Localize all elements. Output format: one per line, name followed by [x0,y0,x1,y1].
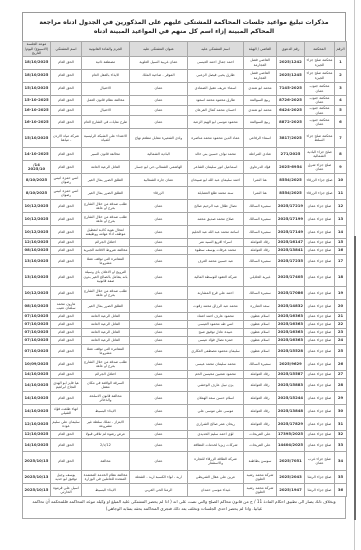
row-number: 27 [335,371,347,379]
row-number: 30 [335,405,347,418]
court-name: محكمة جنوب عمان [305,82,335,95]
charge: طلب صدقة من خلال الشارع بعرج او عاهة [82,287,130,300]
defendant-address: عمان [130,329,188,337]
defendant-name: اسامة محمد عبد الله عبد الحليم [188,226,244,239]
judge-name: ربيع السوالمة [244,116,277,129]
defendant-name: محمد نواف حسين بني خالد [188,148,244,161]
court-name: صلح جزاء عمان [305,371,335,379]
defendant-address: عمان [130,287,188,300]
plaintiff-name: انهاء طلعت فؤاد الشيلي [51,405,82,418]
court-name: صلح جزاء عمان [305,345,335,358]
table-row: 24صلح جزاء عمان2025/16363اسلام عطونحمزة … [23,337,347,345]
defendant-name: محمد عبد الرزاق محمد زقوت [188,300,244,313]
court-name: صلح جزاء الزرقاء [305,187,335,200]
case-number: 2025/16363 [277,337,305,345]
hearing-date: 14/10/2025 [23,405,51,418]
judge-name: شركة محمد رشيد العلوي [244,471,277,484]
plaintiff-name: هارون محمد سلمان عتيب [51,300,82,313]
case-number: 8726-2025 [277,95,305,105]
col-header-no: الرقم [335,42,347,57]
judge-name: شادي المراعلة [244,148,277,161]
case-number: 8554/2025 [277,187,305,200]
row-number: 33 [335,439,347,452]
col-header-address: عنوان المشتكى عليه [130,42,188,57]
judge-name: سميرة السالك [244,287,277,300]
defendant-name: عبيدة عادل توفيق صبح [188,329,244,337]
case-number: 3817/2025 [277,129,305,148]
defendant-name: يزن نبيل عارف الوحشي [188,379,244,392]
judge-name: علي القريحات [244,439,277,452]
court-name: صلح جزاء عمان [305,337,335,345]
case-number: 2025/2043 [277,471,305,484]
charge: مخالفة شروط الاقامة الجبرية [82,247,130,255]
defendant-name: غيداء موسى حمدان [188,484,244,497]
court-name: صلح جزاء عمان [305,418,335,431]
plaintiff-name: الحق العام [51,69,82,82]
case-number: 2025/7051 [277,452,305,471]
table-row: 13صلح جزاء عمان2025/17199سميرة السالكصلا… [23,213,347,226]
charge: مخالفة نظام الخدمة المعتمدة المتحدة للعا… [82,471,130,484]
table-row: 34صلح جزاء غرب عمان2025/7051سوسن بطاطنةش… [23,452,347,471]
hearing-date: 10/12/2025 [23,213,51,226]
plaintiff-name: الحق العام [51,148,82,161]
row-number: 35 [335,471,347,484]
table-row: 18صلح جزاء عمان2025/17405غيرية الخلايليش… [23,268,347,287]
charge: المقامرة التي توقف عملا مشروعا [82,345,130,358]
table-row: 21صلح جزاء عمان2025/16363اسلام عطونمحمود… [23,313,347,321]
charge: الاحتيال [82,82,130,95]
defendant-name: محمود شعبين محيسن الحم [188,371,244,379]
case-number: 14404/2025 [277,439,305,452]
plaintiff-name: الحق العام [51,313,82,321]
case-number: 2025/1947 [277,484,305,497]
plaintiff-name: هيا فايز ابو الهدى النجاج ابراهيم [51,379,82,392]
defendant-name: احمد سليمان عبد الله ابو صبيحان [188,174,244,187]
charge: الاعتداء على الشبكة الرئيسية للمياه [82,129,130,148]
hearing-date: 16-10-2025 [23,116,51,129]
court-name: صلح جزاء عمان [305,247,335,255]
defendant-address: عمان [130,418,188,431]
plaintiff-name: الحق العام [51,452,82,471]
hearing-date: 07/10/2025 [23,337,51,345]
judge-name: شركة محمد رشيد العلوي [244,484,277,497]
table-row: 36صلح جزاء الرمثا2025/1947شركة محمد رشيد… [23,484,347,497]
charge: الايذاء البسيط [82,484,130,497]
row-number: 3 [335,82,347,95]
row-number: 11 [335,187,347,200]
charge: الطلق الضرر بمال الغير [82,174,130,187]
court-name: صلح جزاء عمان [305,226,335,239]
charge: اختلاق الجرائم [82,371,130,379]
case-number: 2025/17405 [277,268,305,287]
defendant-name: انس طه محمود العيسى [188,321,244,329]
plaintiff-name: اسيل علي قرموة الحارثي [51,484,82,497]
table-row: 11صلح جزاء الزرقاء8554/2025هنا النمراسند… [23,187,347,200]
hearing-date: 2025/10/15 [23,484,51,497]
judge-name: رقاد العواملة [244,379,277,392]
hearing-date: 15-10-2025 [23,95,51,105]
defendant-name: احمد علي قرع المشارنة [188,287,244,300]
row-number: 6 [335,116,347,129]
table-row: 4محكمة جنوب عمان8726-2025ربيع السوالمةطا… [23,95,347,105]
table-row: 28صلح جزاء عمان2025/15883رقاد العواملةيز… [23,379,347,392]
court-name: صلح جزاء عمان [305,431,335,439]
case-number: 2025/13841 [277,247,305,255]
case-number: 7145-2025 [277,82,305,95]
table-row: 2محكمة صلح جزاء الجيزة2025/1245القاضي فض… [23,69,347,82]
plaintiff-name: الحق العام [51,213,82,226]
table-row: 3محكمة جنوب عمان7145-2025محمد ابو شندياس… [23,82,347,95]
row-number: 9 [335,161,347,174]
row-number: 34 [335,452,347,471]
charge: اختلاق الجرائم [82,239,130,247]
defendant-address: عمان [130,452,188,471]
hearing-date: 10/12/2025 [23,200,51,213]
hearing-date: 14-10-2025 [23,148,51,161]
defendant-name: عماد الدين محمود محمد مناصرة [188,129,244,148]
defendant-address: الزرقاء [130,187,188,200]
hearing-date: 14/10/2025 [23,379,51,392]
charge: القاتل الرعية العامة [82,329,130,337]
case-number: 2025/13848 [277,405,305,418]
row-number: 17 [335,255,347,268]
table-header-row: الرقم المحكمة رقم الدعوى القاضي / الهيئة… [23,42,347,57]
hearing-date: 2025/10/15 [23,452,51,471]
defendant-name: اسماء عريف عقيل الصمادي [188,82,244,95]
scrollbar-thumb[interactable] [354,236,356,520]
hearing-date: 08/10/2025 [23,247,51,255]
defendant-address: وادي الشعيرة مقابل مطعم نهاج [130,129,188,148]
row-number: 23 [335,329,347,337]
charge: السرقة الواقعة في مكان مقفل [82,379,130,392]
plaintiff-name: انس حمزة انيس رضوان [51,174,82,187]
row-number: 15 [335,239,347,247]
judge-name: القاضي فضل العجارمة [244,69,277,82]
judge-name: هنا النمرا [244,174,277,187]
table-row: 26صلح جزاء عمان2025/9629سميرة السالكمحمد… [23,358,347,371]
col-header-charge: الجرم والمادة القانونية [82,42,130,57]
plaintiff-name: الحق العام [51,161,82,174]
judge-name: رقاد العواملة [244,392,277,405]
case-number: 2025/15883 [277,379,305,392]
defendant-address: الرمثا الحي الغربي [130,484,188,497]
defendant-address: عمان [130,213,188,226]
court-name: صلح جزاء البادية الشمالية [305,148,335,161]
defendant-name: شركة الطاقة الزرقاء للتجارة والاستثمار [188,452,244,471]
hearings-table: الرقم المحكمة رقم الدعوى القاضي / الهيئة… [22,41,347,497]
row-number: 31 [335,418,347,431]
defendant-name: سليمان محمود مصطفى العكاري [188,345,244,358]
row-number: 20 [335,300,347,313]
charge: مخالفة قانون الاسلحة والذخائر [82,392,130,405]
charge: طرح نفايات في الشارع العام [82,116,130,129]
plaintiff-name: الحق العام [51,431,82,439]
judge-name: رقاد العواملة [244,405,277,418]
table-row: 35صلح جزاء الرمثا2025/2043شركة محمد رشيد… [23,471,347,484]
defendant-address: عمان [130,226,188,239]
defendant-address: عمان [130,392,188,405]
document-title: مذكرات تبليغ مواعيد جلسات المحاكمة للمشت… [22,12,346,41]
case-number: 2025/17149 [277,226,305,239]
row-number: 32 [335,431,347,439]
defendant-name: شركة العقود للوسطة المالية [188,268,244,287]
plaintiff-name: الحق العام [51,95,82,105]
defendant-address: عمان غربية السيل العلوية [130,56,188,69]
defendant-address: الموقر - ضاحية الملك [130,69,188,82]
case-number: 2025/16363 [277,313,305,321]
defendant-name: محمد سليمان محمد عيسى [188,358,244,371]
defendant-address: عمان [130,300,188,313]
defendant-address: عمان [130,379,188,392]
case-number: 2025/1242 [277,56,305,69]
row-number: 14 [335,226,347,239]
defendant-address: عمان [130,200,188,213]
judge-name: محمد ابو شندي [244,82,277,95]
plaintiff-name: الحق العام [51,268,82,287]
hearing-date: 12/10/2025 [23,239,51,247]
case-number: 2025/15244 [277,392,305,405]
legal-footnote: وبخلاف ذلك يصار الى تطبيق احكام المادة 1… [22,497,346,519]
table-row: 31صلح جزاء عمان2025/17829رقاد العواملةري… [23,418,347,431]
defendant-address: اربد - لواء الكسبة اربد - الشعلة [130,471,188,484]
court-name: صلح جزاء الرمثا [305,484,335,497]
defendant-name: صلاح محمد صديق محمد [188,213,244,226]
plaintiff-name: يوسف وجيل توفيق ابو حديد [51,471,82,484]
plaintiff-name: الحق العام [51,329,82,337]
hearing-date: 16-10-2025 [23,105,51,115]
charge: طلب صدقة من خلال الشارع بعرج او عاهة [82,200,130,213]
row-number: 1 [335,56,347,69]
table-row: 16صلح جزاء عمان2025/13841رقاد العواملةمح… [23,247,347,255]
hearing-date: 14/10/2025 [23,392,51,405]
plaintiff-name: الحق العام [51,105,82,115]
defendant-name: محمد عرفات يوسف سطوة [188,247,244,255]
charge: الايذاء البسيط [82,405,130,418]
row-number: 19 [335,287,347,300]
plaintiff-name: شركة مياه الاردن - مياهنا [51,129,82,148]
defendant-name: حمزة نضال فؤاد عيسى [188,337,244,345]
defendant-name: لؤي احمد سليم الحديدي [188,431,244,439]
table-row: 9صلح جزاء شرق عمان2025-6954فؤاد الدرعاوي… [23,161,347,174]
case-number: 8872-2025 [277,116,305,129]
charge: القاتل الرعية العامة [82,321,130,329]
hearing-date: 18/10/2025 [23,69,51,82]
plaintiff-name: الحق العام [51,439,82,452]
charge: الطلق الضرر بمال الغير [82,300,130,313]
hearing-date: 8/10/2025 [23,187,51,200]
defendant-address: عمان [130,345,188,358]
row-number: 36 [335,484,347,497]
charge: الطلق الضرر بمال الغير [82,187,130,200]
court-name: صلح جزاء عمان [305,268,335,287]
judge-name: سميرة السالك [244,213,277,226]
case-number: 2025/16363 [277,321,305,329]
hearing-date: 07/10/2025 [23,329,51,337]
plaintiff-name: الحق العام [51,358,82,371]
defendant-address: عمان [130,116,188,129]
case-number: 8554/2025 [277,174,305,187]
charge: عرض رشوة لم تلاقي قبولا [82,431,130,439]
case-number: 2025/16363 [277,329,305,337]
defendant-address: عمان [130,337,188,345]
plaintiff-name: الحق العام [51,82,82,95]
table-row: 14صلح جزاء عمان2025/17149سميرة السالكاسا… [23,226,347,239]
hearing-date: 10/12/2025 [23,226,51,239]
row-number: 2 [335,69,347,82]
charge: مصطفة ذاتية [82,56,130,69]
hearing-date: 13/10/2025 [23,255,51,268]
plaintiff-name: الحق العام [51,345,82,358]
court-name: محكمة جنوب عمان [305,116,335,129]
court-name: صلح جزاء عمان [305,200,335,213]
judge-name: رقاد العواملة [244,418,277,431]
defendant-address: عمان [130,105,188,115]
defendant-name: اسماعيل انور سليمان الشاعر [188,161,244,174]
court-name: محكمة جنوب عمان [305,95,335,105]
hearing-date: 14/10/2025 [23,439,51,452]
judge-name: سميرة السالك [244,358,277,371]
plaintiff-name: الحق العام [51,255,82,268]
judge-name: محمد ابو شندي [244,105,277,115]
court-name: صلح جزاء عمان [305,439,335,452]
plaintiff-name: الحق العام [51,56,82,69]
row-number: 28 [335,379,347,392]
table-row: 6محكمة جنوب عمان8872-2025ربيع السوالمةمح… [23,116,347,129]
case-number: 2025/1245 [277,69,305,82]
court-name: صلح جزاء عمان [305,379,335,392]
plaintiff-name: الحق العام [51,200,82,213]
row-number: 26 [335,358,347,371]
judge-name: رقاد العواملة [244,239,277,247]
court-name: صلح جزاء عمان [305,255,335,268]
hearing-date: 15/10/2025 [23,82,51,95]
table-row: 7محكمة صلح جزاء السلط3817/2025اسماء الرف… [23,129,347,148]
row-number: 13 [335,213,347,226]
charge: طلب صدقة من خلال الشارع بعرج او عاهة [82,358,130,371]
defendant-address: عمان [130,358,188,371]
defendant-name: شركات زيزيا لخدمات النظافة [188,439,244,452]
row-number: 12 [335,200,347,213]
charge: انتحال هوية كاذبة لتعطيل موظف اداء مهامه… [82,226,130,239]
hearing-date: 12/10/2025 [23,431,51,439]
row-number: 4 [335,95,347,105]
charge: الاحتيال [82,105,130,115]
judge-name: اسلام عطون [244,313,277,321]
charge: القاتل الرعية العامة [82,313,130,321]
defendant-address: عمان [130,313,188,321]
plaintiff-name: الحق العام [51,247,82,255]
hearing-date: 18/10/2025 [23,56,51,69]
row-number: 7 [335,129,347,148]
col-header-plaintiff: اسم المشتكي [51,42,82,57]
case-number: 2025/15528 [277,345,305,358]
hearing-date: 10/12/2025 [23,287,51,300]
judge-name: غيرية الخلايلي [244,268,277,287]
judge-name: سميرة السالك [244,200,277,213]
court-name: صلح جزاء عمان [305,287,335,300]
defendant-name: محمود عارف احمد اشتاد [188,313,244,321]
defendant-name: محمود موسى ابو الهيم الزعبة [188,116,244,129]
hearing-date: 10/09/2025 [23,358,51,371]
judge-name: هنا النمرا [244,187,277,200]
defendant-name: اسراء اقريع السيد نمر [188,239,244,247]
plaintiff-name: الحق العام [51,287,82,300]
judge-name: اسلام عطون [244,345,277,358]
row-number: 10 [335,174,347,187]
row-number: 16 [335,247,347,255]
row-number: 21 [335,313,347,321]
plaintiff-name: الحق العام [51,371,82,379]
table-row: 32صلح جزاء عمان17395/2025علي القريحاتلؤي… [23,431,347,439]
charge: المقامرة التي توقف عملا مشروعا [82,255,130,268]
judge-name: علي القريحات [244,431,277,439]
table-row: 17صلح جزاء عمان2025/17235سميرة السالكعبد… [23,255,347,268]
table-body: 1محكمة صلح جزاء الجيزة2025/1242القاضي فض… [23,56,347,496]
defendant-address: عمان [130,439,188,452]
defendant-address: عمان [130,95,188,105]
judge-name: اسلام عطون [244,321,277,329]
court-name: صلح جزاء عمان [305,405,335,418]
table-row: 5محكمة جنوب عمان6424-2025محمد ابو شندياح… [23,105,347,115]
defendant-name: سند محمد طلع العضايلة [188,187,244,200]
hearing-date: 15/10/2025 [23,129,51,148]
charge: 12/د/2 [82,439,130,452]
row-number: 29 [335,392,347,405]
hearing-date: 08/10/2025 [23,300,51,313]
table-row: 22صلح جزاء عمان2025/16363اسلام عطونانس ط… [23,321,347,329]
case-number: 2025/9629 [277,358,305,371]
court-name: صلح جزاء عمان [305,213,335,226]
court-name: صلح جزاء عمان [305,239,335,247]
court-name: صلح جزاء شرق عمان [305,161,335,174]
court-name: صلح جزاء عمان [305,358,335,371]
defendant-name: احسان محمد كمال القرعان [188,105,244,115]
judge-name: رقاد العواملة [244,371,277,379]
hearing-date: 14/10/2025 [23,371,51,379]
table-row: 33صلح جزاء عمان14404/2025علي القريحاتشرك… [23,439,347,452]
court-name: محكمة صلح جزاء الجيزة [305,69,335,82]
defendant-address: عمان [130,321,188,329]
table-row: 12صلح جزاء عمان2025/17219سميرة السالكنضا… [23,200,347,213]
table-row: 8صلح جزاء البادية الشمالية271/2025شادي ا… [23,148,347,161]
judge-name: فؤاد الدرعاوي [244,161,277,174]
plaintiff-name: انس حمزة انيس رضوان [51,187,82,200]
defendant-name: طارق يحيى فيصل الزعبي [188,69,244,82]
defendant-address: عمان [130,247,188,255]
case-number: 6424-2025 [277,105,305,115]
charge: مخالفة قانون السير [82,148,130,161]
judge-name: القاضي فضل العجارمة [244,56,277,69]
table-row: 1محكمة صلح جزاء الجيزة2025/1242القاضي فض… [23,56,347,69]
table-row: 19صلح جزاء عمان2025/17086سميرة السالكاحم… [23,287,347,300]
case-number: 2025/17199 [277,213,305,226]
charge: طلب صدقة من خلال الشارع بعرج او عاهة [82,213,130,226]
notice-sheet: مذكرات تبليغ مواعيد جلسات المحاكمة للمشت… [22,12,346,519]
court-name: صلح جزاء الزرقاء [305,174,335,187]
case-number: 2025/17219 [277,200,305,213]
case-number: 271/2025 [277,148,305,161]
table-row: 29صلح جزاء عمان2025/15244رقاد العواملةاس… [23,392,347,405]
case-number: 2025/16147 [277,239,305,247]
court-name: صلح جزاء عمان [305,392,335,405]
judge-name: سوسن بطاطنة [244,452,277,471]
hearing-date: 13/10/2025 [23,268,51,287]
charge: القاتل الرعية العامة [82,337,130,345]
hearing-date: 07/10/2025 [23,345,51,358]
plaintiff-name: الحق العام [51,239,82,247]
defendant-name: طارق محمود محمد اسعود [188,95,244,105]
table-row: 30صلح جزاء عمان2025/13848رقاد العواملةمو… [23,405,347,418]
